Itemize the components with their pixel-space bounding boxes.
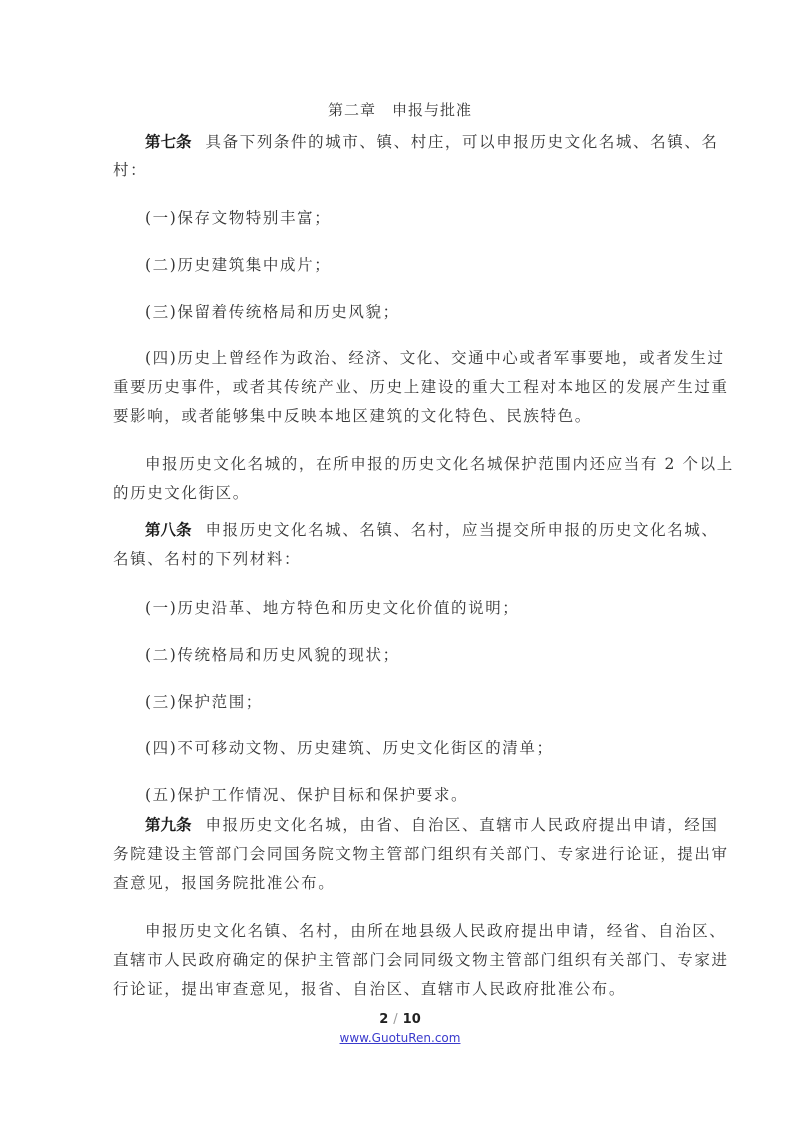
line-text: 行论证，提出审查意见，报省、自治区、直辖市人民政府批准公布。 (113, 980, 626, 998)
text-line: (四)不可移动文物、历史建筑、历史文化街区的清单； (145, 738, 554, 758)
line-text: 申报历史文化名城、名镇、名村，应当提交所申报的历史文化名城、 (206, 521, 719, 539)
text-line: (三)保留着传统格局和历史风貌； (145, 302, 400, 322)
article-line: 第七条具备下列条件的城市、镇、村庄，可以申报历史文化名城、名镇、名 (145, 132, 719, 152)
line-text: 务院建设主管部门会同国务院文物主管部门组织有关部门、专家进行论证，提出审 (113, 845, 729, 863)
text-line: 村： (113, 160, 147, 180)
article-line: 第九条申报历史文化名城，由省、自治区、直辖市人民政府提出申请，经国 (145, 815, 719, 835)
line-text: (三)保护范围； (145, 693, 263, 711)
website-link[interactable]: www.GuotuRen.com (0, 1031, 800, 1045)
line-text: 具备下列条件的城市、镇、村庄，可以申报历史文化名城、名镇、名 (206, 133, 719, 151)
text-line: 重要历史事件，或者其传统产业、历史上建设的重大工程对本地区的发展产生过重 (113, 377, 729, 397)
total-pages: 10 (403, 1012, 421, 1027)
line-text: 申报历史文化名城，由省、自治区、直辖市人民政府提出申请，经国 (206, 816, 719, 834)
line-text: 村： (113, 161, 147, 179)
text-line: (二)传统格局和历史风貌的现状； (145, 645, 400, 665)
page-separator: / (393, 1012, 397, 1027)
line-text: 申报历史文化名城的，在所申报的历史文化名城保护范围内还应当有 2 个以上 (145, 455, 734, 473)
line-text: 查意见，报国务院批准公布。 (113, 874, 335, 892)
line-text: (一)保存文物特别丰富； (145, 209, 331, 227)
page-number: 2/10 (0, 1012, 800, 1027)
text-line: (一)保存文物特别丰富； (145, 208, 331, 228)
text-line: (五)保护工作情况、保护目标和保护要求。 (145, 785, 468, 805)
text-line: 名镇、名村的下列材料： (113, 549, 301, 569)
text-line: 查意见，报国务院批准公布。 (113, 873, 335, 893)
article-number: 第九条 (145, 816, 192, 834)
line-text: 名镇、名村的下列材料： (113, 550, 301, 568)
text-line: (四)历史上曾经作为政治、经济、文化、交通中心或者军事要地，或者发生过 (145, 348, 725, 368)
text-line: 的历史文化街区。 (113, 483, 250, 503)
line-text: 申报历史文化名镇、名村，由所在地县级人民政府提出申请，经省、自治区、 (145, 922, 726, 940)
line-text: (二)传统格局和历史风貌的现状； (145, 646, 400, 664)
line-text: 重要历史事件，或者其传统产业、历史上建设的重大工程对本地区的发展产生过重 (113, 378, 729, 396)
article-number: 第七条 (145, 133, 192, 151)
line-text: (一)历史沿革、地方特色和历史文化价值的说明； (145, 599, 519, 617)
line-text: (五)保护工作情况、保护目标和保护要求。 (145, 786, 468, 804)
current-page: 2 (379, 1012, 388, 1027)
chapter-heading: 第二章 申报与批准 (0, 99, 800, 120)
text-line: 申报历史文化名城的，在所申报的历史文化名城保护范围内还应当有 2 个以上 (145, 454, 734, 474)
text-line: 直辖市人民政府确定的保护主管部门会同同级文物主管部门组织有关部门、专家进 (113, 950, 729, 970)
line-text: (四)不可移动文物、历史建筑、历史文化街区的清单； (145, 739, 554, 757)
text-line: 要影响，或者能够集中反映本地区建筑的文化特色、民族特色。 (113, 406, 592, 426)
text-line: 申报历史文化名镇、名村，由所在地县级人民政府提出申请，经省、自治区、 (145, 921, 726, 941)
article-number: 第八条 (145, 521, 192, 539)
line-text: 直辖市人民政府确定的保护主管部门会同同级文物主管部门组织有关部门、专家进 (113, 951, 729, 969)
line-text: 要影响，或者能够集中反映本地区建筑的文化特色、民族特色。 (113, 407, 592, 425)
line-text: (三)保留着传统格局和历史风貌； (145, 303, 400, 321)
text-line: (一)历史沿革、地方特色和历史文化价值的说明； (145, 598, 519, 618)
line-text: (四)历史上曾经作为政治、经济、文化、交通中心或者军事要地，或者发生过 (145, 349, 725, 367)
article-line: 第八条申报历史文化名城、名镇、名村，应当提交所申报的历史文化名城、 (145, 520, 719, 540)
text-line: 行论证，提出审查意见，报省、自治区、直辖市人民政府批准公布。 (113, 979, 626, 999)
text-line: 务院建设主管部门会同国务院文物主管部门组织有关部门、专家进行论证，提出审 (113, 844, 729, 864)
line-text: (二)历史建筑集中成片； (145, 256, 331, 274)
line-text: 的历史文化街区。 (113, 484, 250, 502)
text-line: (三)保护范围； (145, 692, 263, 712)
text-line: (二)历史建筑集中成片； (145, 255, 331, 275)
